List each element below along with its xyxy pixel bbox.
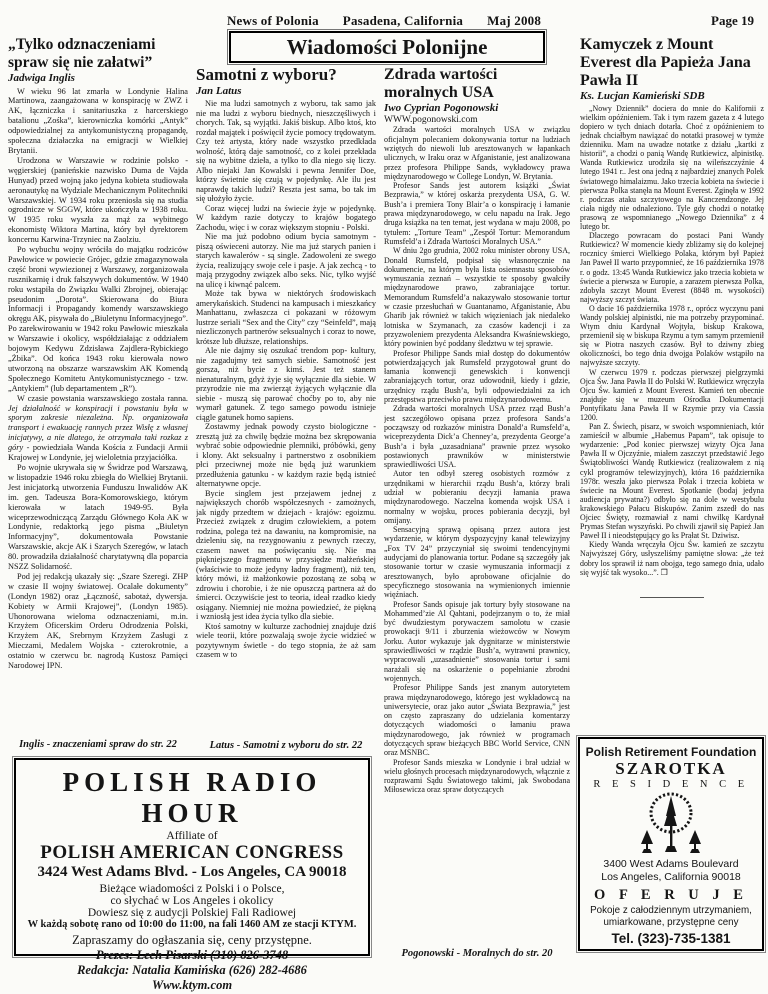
radio-ad-invite: Zapraszamy do ogłaszania się, ceny przys… (16, 933, 368, 948)
article-kamyczek: Kamyczek z Mount Everest dla Papieża Jan… (580, 36, 764, 716)
article-paragraph: W dniu 2go grudnia, 2002 roku minister o… (384, 246, 570, 348)
article-paragraph: Po wojnie ukrywała się w Świdrze pod War… (8, 463, 188, 572)
continuation-note: Inglis - znaczeniami spraw do str. 22 (8, 737, 188, 750)
article-paragraph-text: Kiedy Wanda wręczyła Ojcu Św. kamień ze … (580, 540, 764, 576)
article-paragraph: O dacie 16 października 1978 r., oprócz … (580, 304, 764, 368)
article-paragraph: Sensacyjną sprawą opisaną przez autora j… (384, 525, 570, 599)
newspaper-page: News of PoloniaPasadena, CaliforniaMaj 2… (0, 0, 768, 994)
article-title: Zdrada wartości moralnych USA (384, 66, 570, 102)
masthead-date: Maj 2008 (487, 13, 541, 28)
szarotka-name: SZAROTKA (580, 759, 762, 779)
szarotka-offer-line: Pokoje z całodziennym utrzymaniem, (580, 905, 762, 917)
article-title: „Tylko odznaczeniami spraw się nie załat… (8, 36, 188, 72)
szarotka-address1: 3400 West Adams Boulevard (580, 858, 762, 871)
article-paragraph: Zdrada wartości moralnych USA przez rząd… (384, 404, 570, 469)
article-samotni-z-wyboru: Samotni z wyboru? Jan Latus Nie ma ludzi… (196, 66, 376, 752)
article-paragraph: Może tak bywa w niektórych środowiskach … (196, 289, 376, 346)
article-author: Jan Latus (196, 87, 376, 97)
article-paragraph: Autor ten odbył szereg osobistych rozmów… (384, 469, 570, 525)
szarotka-org: Polish Retirement Foundation (580, 745, 762, 759)
masthead-city: Pasadena, California (343, 13, 463, 28)
article-author: Jadwiga Inglis (8, 74, 188, 84)
szarotka-offers-label: O F E R U J E (580, 887, 762, 904)
quote-attribution: - powiedziała Wanda Kościa z Fundacji Ar… (8, 443, 188, 462)
article-paragraph: Urodzona w Warszawie w rodzinie polsko -… (8, 156, 188, 245)
radio-ad-schedule: W każdą sobotę rano od 10:00 do 11:00, n… (16, 919, 368, 930)
quote-intro: W czasie powstania warszawskiego została… (17, 394, 188, 403)
article-paragraph: Pan Z. Świech, pisarz, w swoich wspomnie… (580, 422, 764, 540)
article-paragraph: Ktoś samotny w kulturze zachodniej znajd… (196, 622, 376, 660)
radio-ad-prezes: Prezes: Lech Pisarski (310) 826-3748 (16, 948, 368, 963)
article-paragraph: Zdrada wartości moralnych USA w związku … (384, 125, 570, 181)
article-paragraph: Profesor Sands opisuje jak tortury były … (384, 600, 570, 684)
article-paragraph: Profesor Sands jest autorem książki „Świ… (384, 181, 570, 246)
article-paragraph: Profesor Sands mieszka w Londynie i brał… (384, 758, 570, 795)
article-paragraph: Profesor Philippe Sands miał dostęp do d… (384, 349, 570, 405)
radio-ad-address: 3424 West Adams Blvd. - Los Angeles, CA … (16, 864, 368, 881)
radio-ad-line: co słychać w Los Angeles i okolicy (16, 895, 368, 907)
article-paragraph: Profesor Philippe Sands jest znanym auto… (384, 683, 570, 757)
radio-ad-org: POLISH AMERICAN CONGRESS (16, 842, 368, 864)
article-paragraph: W wieku 96 lat zmarła w Londynie Halina … (8, 87, 188, 156)
article-title: Kamyczek z Mount Everest dla Papieża Jan… (580, 36, 764, 90)
radio-ad-line: Dowiesz się z audycji Polskiej Fali Radi… (16, 907, 368, 919)
szarotka-residence-label: R E S I D E N C E (580, 779, 762, 790)
szarotka-residence-ad: Polish Retirement Foundation SZAROTKA R … (578, 737, 764, 951)
article-paragraph: Zostawmy jednak powody czysto biologiczn… (196, 422, 376, 489)
article-paragraph: W czerwcu 1979 r. podczas pierwszej piel… (580, 368, 764, 423)
article-end-divider (640, 597, 704, 598)
article-author: Iwo Cyprian Pogonowski (384, 104, 570, 113)
article-paragraph: Bycie singlem jest przejawem jednej z na… (196, 489, 376, 622)
article-paragraph: Nie ma już podobno odium bycia samotnym … (196, 232, 376, 289)
folk-tree-icon (629, 792, 713, 858)
masthead: News of PoloniaPasadena, CaliforniaMaj 2… (0, 13, 768, 29)
szarotka-phone: Tel. (323)-735-1381 (580, 931, 762, 946)
article-paragraph: Kiedy Wanda wręczyła Ojcu Św. kamień ze … (580, 540, 764, 576)
szarotka-offer-line: umiarkowane, przystępne ceny (580, 917, 762, 929)
article-paragraph: „Nowy Dziennik” dociera do mnie do Kalif… (580, 104, 764, 231)
article-tylko-odznaczeniami: „Tylko odznaczeniami spraw się nie załat… (8, 36, 188, 752)
article-title: Samotni z wyboru? (196, 66, 376, 85)
page-number: Page 19 (711, 13, 754, 29)
continuation-note: Pogonowski - Moralnych do str. 20 (384, 946, 570, 958)
radio-ad-line: Bieżące wiadomości z Polski i o Polsce, (16, 883, 368, 895)
article-paragraph: Pod jej redakcją ukazały się: „Szare Sze… (8, 572, 188, 671)
article-paragraph: Coraz więcej ludzi na świecie żyje w poj… (196, 204, 376, 233)
article-paragraph: Ale nie dajmy się oszukać trendom pop- k… (196, 346, 376, 422)
article-zdrada-wartosci: Zdrada wartości moralnych USA Iwo Cypria… (384, 66, 570, 960)
author-website: WWW.pogonowski.com (384, 116, 570, 125)
radio-ad-affiliate: Affiliate of (16, 830, 368, 842)
continuation-note: Latus - Samotni z wyboru do str. 22 (196, 738, 376, 751)
article-paragraph: Po wybuchu wojny wróciła do majątku rodz… (8, 245, 188, 394)
radio-ad-redakcja: Redakcja: Natalia Kamińska (626) 282-468… (16, 963, 368, 978)
article-paragraph: Nie ma ludzi samotnych z wyboru, tak sam… (196, 99, 376, 204)
article-paragraph: W czasie powstania warszawskiego została… (8, 394, 188, 463)
radio-ad-title: POLISH RADIO HOUR (16, 767, 368, 829)
article-paragraph: Dlaczego powracam do postaci Pani Wandy … (580, 231, 764, 304)
section-banner: Wiadomości Polonijne (229, 31, 545, 63)
article-author: Ks. Lucjan Kamieński SDB (580, 92, 764, 101)
szarotka-address2: Los Angeles, California 90018 (580, 871, 762, 884)
end-of-article-icon: ❒ (661, 568, 668, 577)
radio-ad-website: Www.ktym.com (16, 978, 368, 993)
paper-name: News of Polonia (227, 13, 319, 28)
polish-radio-hour-ad: POLISH RADIO HOUR Affiliate of POLISH AM… (14, 758, 370, 956)
